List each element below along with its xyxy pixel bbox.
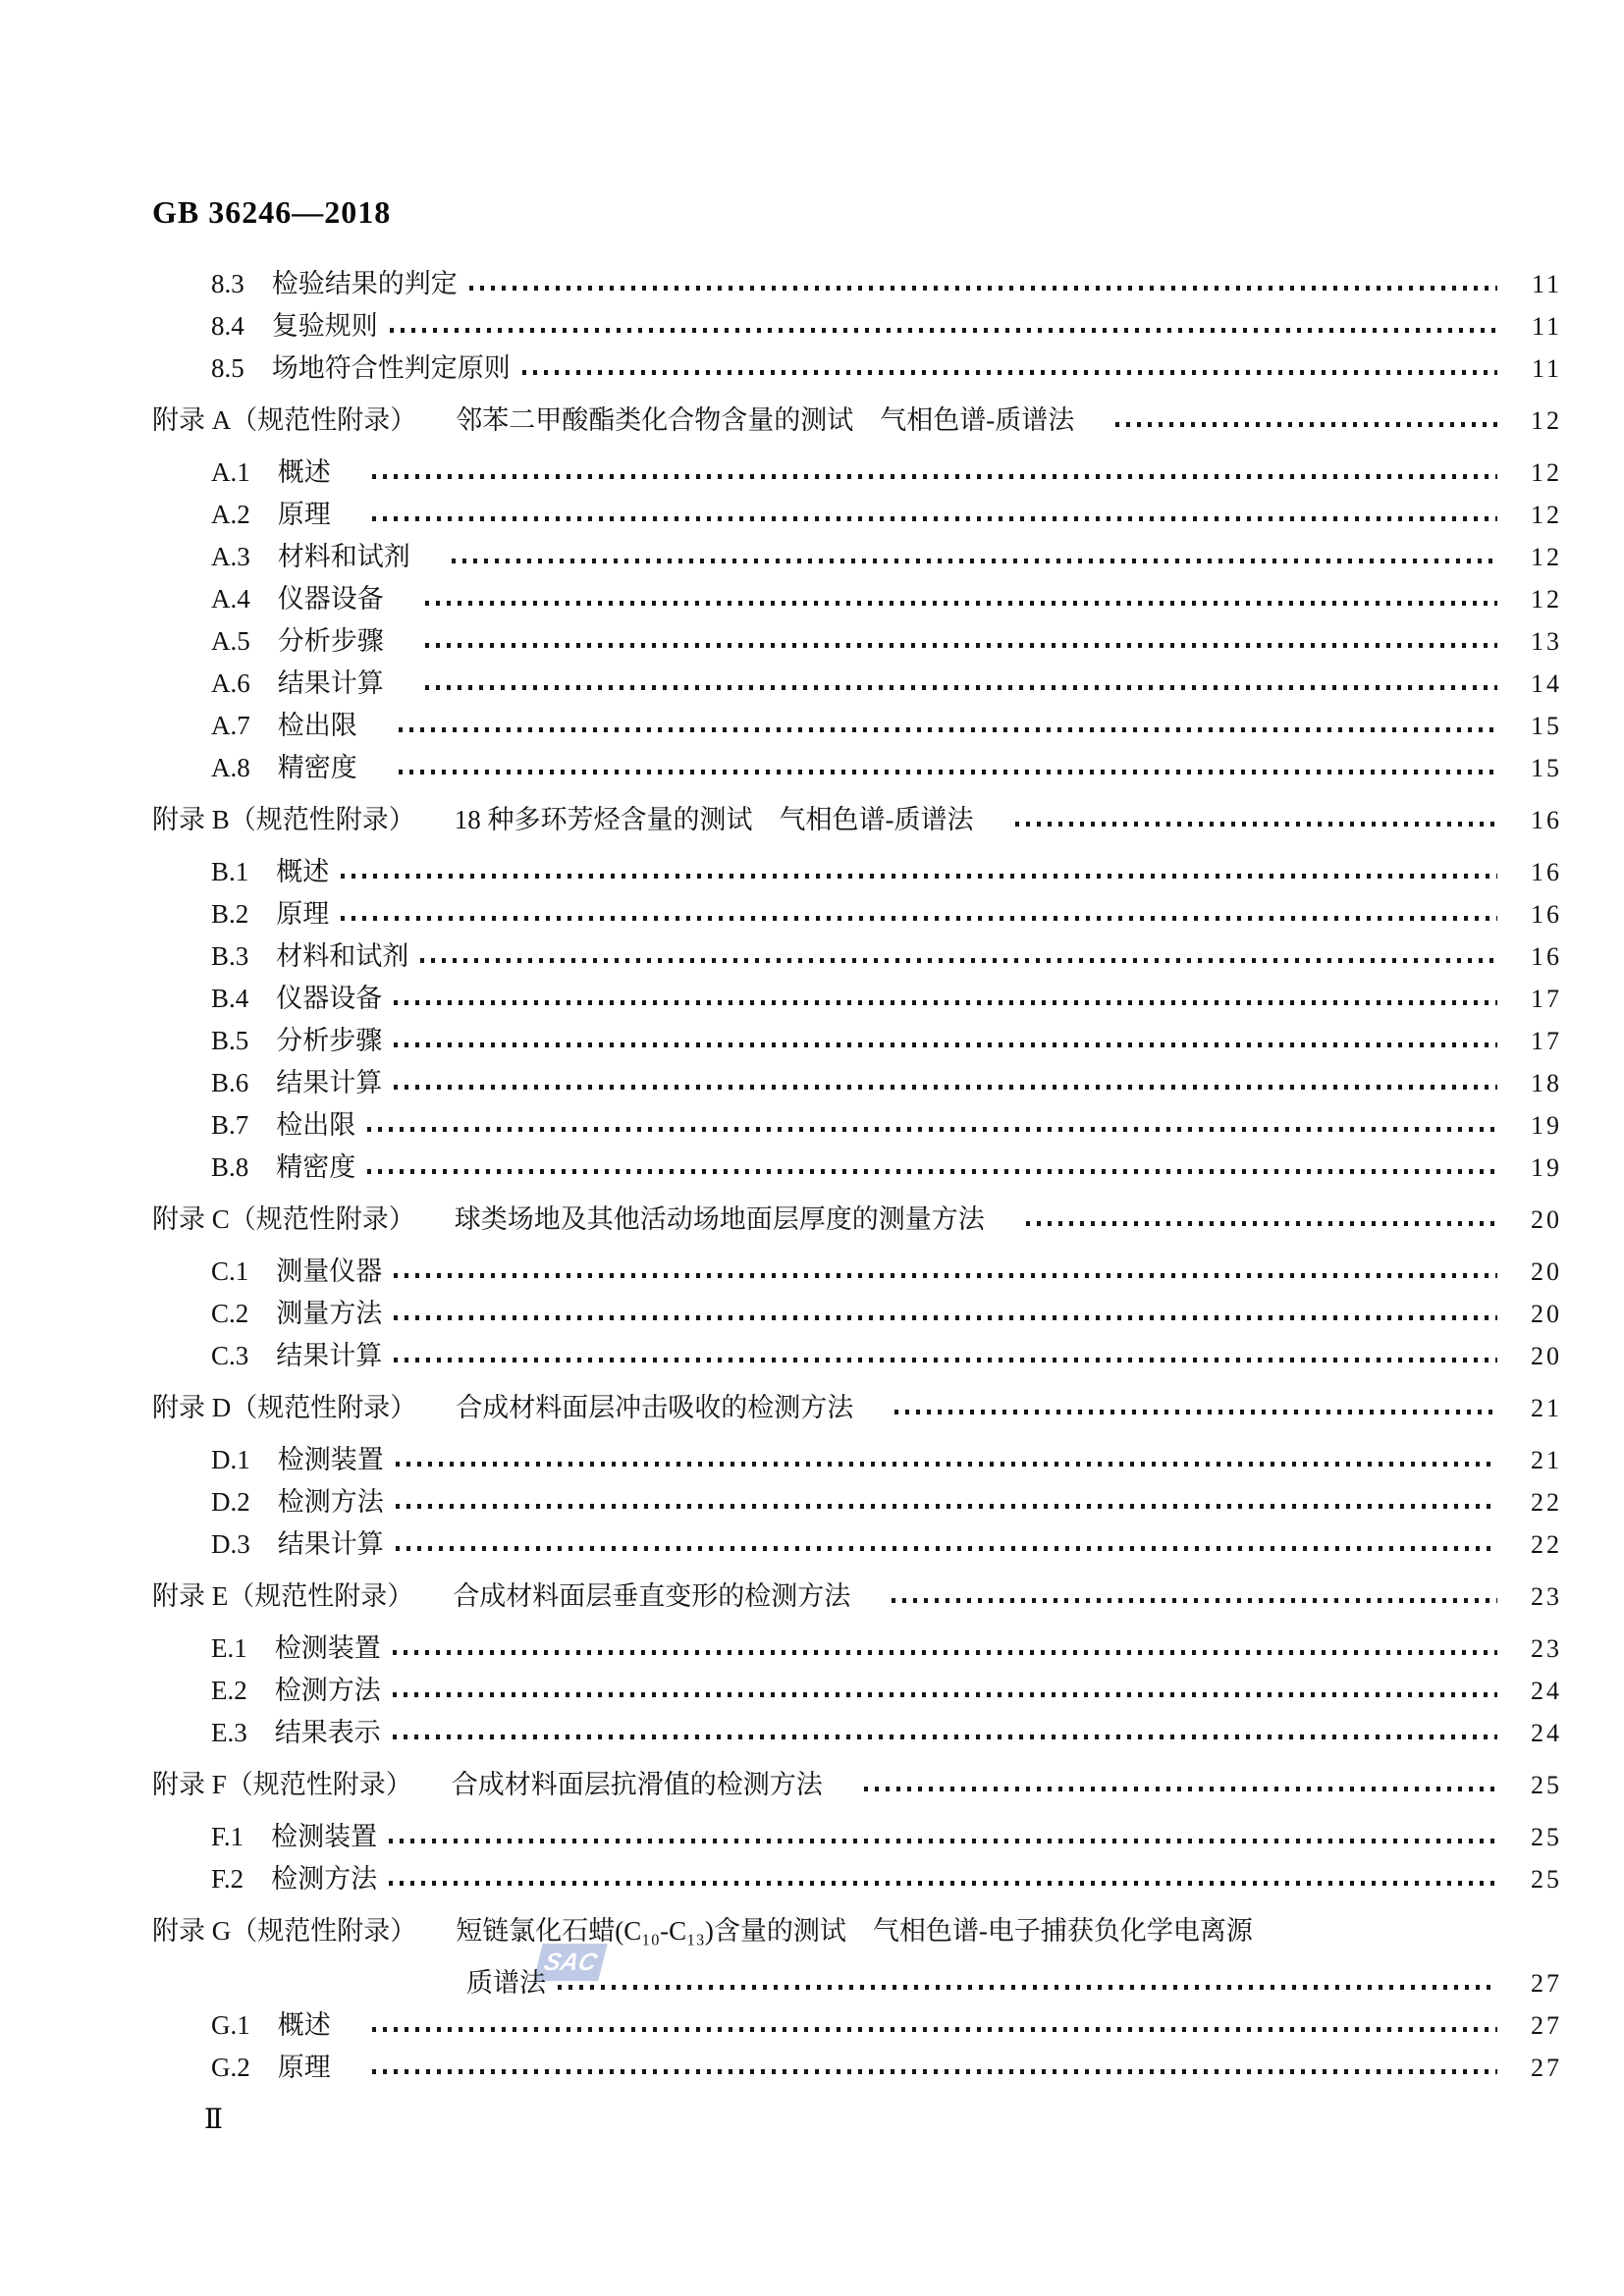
toc-entry: B.4 仪器设备 17 — [152, 978, 1562, 1020]
dot-leader — [389, 1839, 1497, 1843]
toc-page-number: 27 — [1511, 2047, 1562, 2089]
toc-entry-label: 概述 — [276, 851, 329, 893]
toc-page-number: 25 — [1511, 1858, 1562, 1900]
toc-entry-label: 18 种多环芳烃含量的测试 气相色谱-质谱法 — [455, 799, 974, 841]
toc-entry: B.7 检出限 19 — [152, 1104, 1562, 1147]
toc-entry-number: A.7 — [211, 705, 250, 747]
toc-entry-number: B.3 — [211, 935, 248, 978]
toc-entry-number: B.8 — [211, 1147, 248, 1189]
toc-entry: 附录 G（规范性附录） 短链氯化石蜡(C₁₀-C₁₃)含量的测试 气相色谱-电子… — [152, 1910, 1562, 1952]
toc-entry: A.1 概述 12 — [152, 452, 1562, 494]
toc-entry-label: 球类场地及其他活动场地面层厚度的测量方法 — [455, 1199, 985, 1241]
toc-entry-number: D.2 — [211, 1481, 250, 1523]
toc-entry-number: A.2 — [211, 494, 250, 536]
toc-entry-label: 合成材料面层垂直变形的检测方法 — [453, 1575, 850, 1618]
toc-entry: B.5 分析步骤 17 — [152, 1020, 1562, 1062]
toc-entry: A.2 原理 12 — [152, 494, 1562, 536]
toc-page-number: 23 — [1511, 1575, 1562, 1618]
dot-leader — [393, 1692, 1497, 1697]
toc-entry-label: 复验规则 — [272, 305, 378, 347]
dot-leader — [425, 643, 1497, 648]
toc-entry-label: 结果计算 — [278, 1523, 384, 1566]
toc-entry: C.3 结果计算 20 — [152, 1335, 1562, 1377]
toc-entry-number: 附录 G（规范性附录） — [152, 1910, 416, 1952]
dot-leader — [341, 874, 1497, 879]
dot-leader — [390, 328, 1497, 333]
toc-entry-label: 原理 — [278, 2047, 331, 2089]
toc-entry: A.7 检出限 15 — [152, 705, 1562, 747]
toc-entry-label: 合成材料面层抗滑值的检测方法 — [452, 1764, 823, 1806]
toc-page-number: 25 — [1511, 1764, 1562, 1806]
dot-leader — [394, 1315, 1497, 1320]
toc-page-number: 19 — [1511, 1147, 1562, 1189]
toc-entry-number: 附录 B（规范性附录） — [152, 799, 415, 841]
toc-page-number: 16 — [1511, 851, 1562, 893]
toc-entry-label: 检测方法 — [275, 1670, 381, 1712]
toc-page-number: 20 — [1511, 1251, 1562, 1293]
toc-entry: B.3 材料和试剂 16 — [152, 935, 1562, 978]
dot-leader — [425, 601, 1497, 606]
toc-entry: 8.4 复验规则 11 — [152, 305, 1562, 347]
toc-page-number: 12 — [1511, 400, 1562, 442]
toc-page-number: 23 — [1511, 1628, 1562, 1670]
dot-leader — [372, 516, 1497, 521]
toc-entry: F.1 检测装置 25 — [152, 1816, 1562, 1858]
toc-entry: 附录 A（规范性附录） 邻苯二甲酸酯类化合物含量的测试 气相色谱-质谱法 12 — [152, 400, 1562, 442]
toc-entry: A.6 结果计算 14 — [152, 663, 1562, 705]
toc-entry-number: D.3 — [211, 1523, 250, 1566]
dot-leader — [394, 1000, 1497, 1005]
toc-entry-number: E.3 — [211, 1712, 247, 1754]
dot-leader — [558, 1985, 1497, 1990]
toc-page-number: 11 — [1511, 305, 1562, 347]
page-number-footer: Ⅱ — [204, 2103, 223, 2136]
toc-entry-number: 附录 D（规范性附录） — [152, 1387, 416, 1429]
toc-entry-label: 原理 — [276, 893, 329, 935]
dot-leader — [367, 1127, 1497, 1132]
toc-page-number: 20 — [1511, 1199, 1562, 1241]
toc-entry: 附录 E（规范性附录） 合成材料面层垂直变形的检测方法 23 — [152, 1575, 1562, 1618]
toc-entry: A.3 材料和试剂 12 — [152, 536, 1562, 578]
toc-page-number: 25 — [1511, 1816, 1562, 1858]
document-page: GB 36246—2018 SAC 8.3 检验结果的判定 11 8.4 复验规… — [0, 0, 1624, 2296]
toc-entry-label: 精密度 — [278, 747, 357, 789]
toc-page-number: 11 — [1511, 263, 1562, 305]
toc-entry-label: 结果计算 — [276, 1335, 382, 1377]
toc-entry-number: B.4 — [211, 978, 248, 1020]
toc-entry-label: 检出限 — [278, 705, 357, 747]
dot-leader — [420, 958, 1497, 963]
toc-entry-number: 附录 A（规范性附录） — [152, 400, 416, 442]
toc-entry: E.3 结果表示 24 — [152, 1712, 1562, 1754]
toc-entry-number: A.4 — [211, 578, 250, 620]
dot-leader — [394, 1358, 1497, 1362]
toc-page-number: 11 — [1511, 347, 1562, 390]
toc-entry-label: 材料和试剂 — [276, 935, 408, 978]
toc-entry-label: 原理 — [278, 494, 331, 536]
toc-entry-number: 8.5 — [211, 347, 244, 390]
toc-page-number: 12 — [1511, 452, 1562, 494]
toc-page-number: 20 — [1511, 1293, 1562, 1335]
dot-leader — [394, 1085, 1497, 1090]
toc-page-number: 15 — [1511, 747, 1562, 789]
toc-page-number: 22 — [1511, 1481, 1562, 1523]
toc-page-number: 22 — [1511, 1523, 1562, 1566]
toc-entry: A.5 分析步骤 13 — [152, 620, 1562, 663]
toc-entry-label: 短链氯化石蜡(C₁₀-C₁₃)含量的测试 气相色谱-电子捕获负化学电离源 — [456, 1910, 1253, 1952]
toc-page-number: 21 — [1511, 1387, 1562, 1429]
toc-entry: G.2 原理 27 — [152, 2047, 1562, 2089]
toc-entry-label: 概述 — [278, 452, 331, 494]
toc-entry: A.4 仪器设备 12 — [152, 578, 1562, 620]
toc-entry: B.6 结果计算 18 — [152, 1062, 1562, 1104]
toc-entry-label: 结果计算 — [278, 663, 384, 705]
toc-entry: D.2 检测方法 22 — [152, 1481, 1562, 1523]
toc-entry-number: C.3 — [211, 1335, 248, 1377]
dot-leader — [367, 1169, 1497, 1174]
dot-leader — [1115, 422, 1497, 427]
toc-entry-label: 场地符合性判定原则 — [272, 347, 511, 390]
dot-leader — [894, 1410, 1497, 1415]
toc-page-number: 24 — [1511, 1712, 1562, 1754]
toc-page-number: 16 — [1511, 935, 1562, 978]
toc-entry: 8.3 检验结果的判定 11 — [152, 263, 1562, 305]
dot-leader — [452, 559, 1497, 563]
toc-page-number: 24 — [1511, 1670, 1562, 1712]
toc-entry: C.2 测量方法 20 — [152, 1293, 1562, 1335]
toc-page-number: 12 — [1511, 578, 1562, 620]
toc-entry-number: G.1 — [211, 2004, 250, 2047]
toc-entry-number: C.1 — [211, 1251, 248, 1293]
toc-entry-number: B.6 — [211, 1062, 248, 1104]
dot-leader — [393, 1650, 1497, 1655]
toc-page-number: 18 — [1511, 1062, 1562, 1104]
dot-leader — [399, 727, 1497, 732]
toc-page-number: 14 — [1511, 663, 1562, 705]
dot-leader — [372, 2069, 1497, 2074]
toc-page-number: 21 — [1511, 1439, 1562, 1481]
toc-entry-label: 检测装置 — [278, 1439, 384, 1481]
dot-leader — [394, 1273, 1497, 1278]
toc-entry: 质谱法 27 — [152, 1962, 1562, 2004]
toc-entry-label: 检测方法 — [271, 1858, 377, 1900]
toc-entry-number: B.2 — [211, 893, 248, 935]
toc-entry-number: 8.3 — [211, 263, 244, 305]
toc-entry-label: 检出限 — [276, 1104, 355, 1147]
toc-entry-number: B.5 — [211, 1020, 248, 1062]
toc-entry-number: 附录 C（规范性附录） — [152, 1199, 415, 1241]
dot-leader — [394, 1042, 1497, 1047]
toc-page-number: 27 — [1511, 2004, 1562, 2047]
toc-entry-number: F.2 — [211, 1858, 244, 1900]
toc-entry-number: 附录 F（规范性附录） — [152, 1764, 412, 1806]
toc-list: 8.3 检验结果的判定 11 8.4 复验规则 11 8.5 场地符合性判定原则… — [152, 263, 1562, 2089]
toc-entry-label: 仪器设备 — [278, 578, 384, 620]
toc-entry: 附录 C（规范性附录） 球类场地及其他活动场地面层厚度的测量方法 20 — [152, 1199, 1562, 1241]
dot-leader — [892, 1598, 1497, 1603]
toc-entry: 8.5 场地符合性判定原则 11 — [152, 347, 1562, 390]
toc-page-number: 15 — [1511, 705, 1562, 747]
toc-entry-label: 测量方法 — [276, 1293, 382, 1335]
toc-entry: A.8 精密度 15 — [152, 747, 1562, 789]
toc-entry: E.2 检测方法 24 — [152, 1670, 1562, 1712]
toc-entry-label: 材料和试剂 — [278, 536, 410, 578]
toc-page-number: 16 — [1511, 893, 1562, 935]
toc-entry-label: 分析步骤 — [278, 620, 384, 663]
toc-entry: G.1 概述 27 — [152, 2004, 1562, 2047]
toc-entry: D.1 检测装置 21 — [152, 1439, 1562, 1481]
toc-entry-label: 分析步骤 — [276, 1020, 382, 1062]
dot-leader — [399, 770, 1497, 774]
toc-entry-number: B.1 — [211, 851, 248, 893]
dot-leader — [341, 916, 1497, 921]
toc-entry-label: 检测装置 — [271, 1816, 377, 1858]
toc-entry-label: 邻苯二甲酸酯类化合物含量的测试 气相色谱-质谱法 — [456, 400, 1074, 442]
dot-leader — [396, 1462, 1497, 1467]
dot-leader — [522, 370, 1497, 375]
toc-entry-label: 仪器设备 — [276, 978, 382, 1020]
toc-entry-label: 结果表示 — [275, 1712, 381, 1754]
toc-entry-number: E.1 — [211, 1628, 247, 1670]
toc-entry-label: 检测方法 — [278, 1481, 384, 1523]
toc-entry-number: G.2 — [211, 2047, 250, 2089]
toc-entry-number: 8.4 — [211, 305, 244, 347]
toc-entry-number: A.1 — [211, 452, 250, 494]
toc-page-number: 27 — [1511, 1962, 1562, 2004]
toc-entry-label: 质谱法 — [466, 1962, 546, 2004]
toc-entry: F.2 检测方法 25 — [152, 1858, 1562, 1900]
toc-entry-label: 结果计算 — [276, 1062, 382, 1104]
toc-page-number: 19 — [1511, 1104, 1562, 1147]
toc-entry-number: A.3 — [211, 536, 250, 578]
toc-entry-label: 检测装置 — [275, 1628, 381, 1670]
toc-entry: B.1 概述 16 — [152, 851, 1562, 893]
dot-leader — [864, 1787, 1497, 1791]
dot-leader — [396, 1546, 1497, 1551]
toc-entry-number: A.8 — [211, 747, 250, 789]
toc-entry-number: A.5 — [211, 620, 250, 663]
toc-entry-number: A.6 — [211, 663, 250, 705]
toc-entry: 附录 B（规范性附录） 18 种多环芳烃含量的测试 气相色谱-质谱法 16 — [152, 799, 1562, 841]
dot-leader — [389, 1881, 1497, 1886]
dot-leader — [469, 286, 1497, 291]
toc-entry: B.8 精密度 19 — [152, 1147, 1562, 1189]
toc-entry-number: D.1 — [211, 1439, 250, 1481]
toc-entry-label: 概述 — [278, 2004, 331, 2047]
dot-leader — [396, 1504, 1497, 1509]
toc-page-number: 12 — [1511, 494, 1562, 536]
dot-leader — [393, 1735, 1497, 1739]
toc-entry-label: 精密度 — [276, 1147, 355, 1189]
toc-page-number: 20 — [1511, 1335, 1562, 1377]
toc-entry-number: F.1 — [211, 1816, 244, 1858]
toc-entry-number: E.2 — [211, 1670, 247, 1712]
toc-entry: D.3 结果计算 22 — [152, 1523, 1562, 1566]
toc-entry: E.1 检测装置 23 — [152, 1628, 1562, 1670]
dot-leader — [372, 2027, 1497, 2032]
toc-entry-number: 附录 E（规范性附录） — [152, 1575, 413, 1618]
dot-leader — [1015, 822, 1497, 827]
toc-page-number: 13 — [1511, 620, 1562, 663]
dot-leader — [425, 685, 1497, 690]
standard-number-header: GB 36246—2018 — [152, 194, 391, 231]
toc-entry: 附录 F（规范性附录） 合成材料面层抗滑值的检测方法 25 — [152, 1764, 1562, 1806]
toc-entry-number: B.7 — [211, 1104, 248, 1147]
toc-entry-label: 检验结果的判定 — [272, 263, 458, 305]
toc-page-number: 16 — [1511, 799, 1562, 841]
toc-page-number: 17 — [1511, 1020, 1562, 1062]
toc-entry: C.1 测量仪器 20 — [152, 1251, 1562, 1293]
dot-leader — [372, 474, 1497, 479]
toc-entry: 附录 D（规范性附录） 合成材料面层冲击吸收的检测方法 21 — [152, 1387, 1562, 1429]
dot-leader — [1026, 1221, 1497, 1226]
toc-page-number: 12 — [1511, 536, 1562, 578]
toc-entry-label: 合成材料面层冲击吸收的检测方法 — [456, 1387, 853, 1429]
toc-page-number: 17 — [1511, 978, 1562, 1020]
toc-entry: B.2 原理 16 — [152, 893, 1562, 935]
toc-entry-label: 测量仪器 — [276, 1251, 382, 1293]
toc-entry-number: C.2 — [211, 1293, 248, 1335]
